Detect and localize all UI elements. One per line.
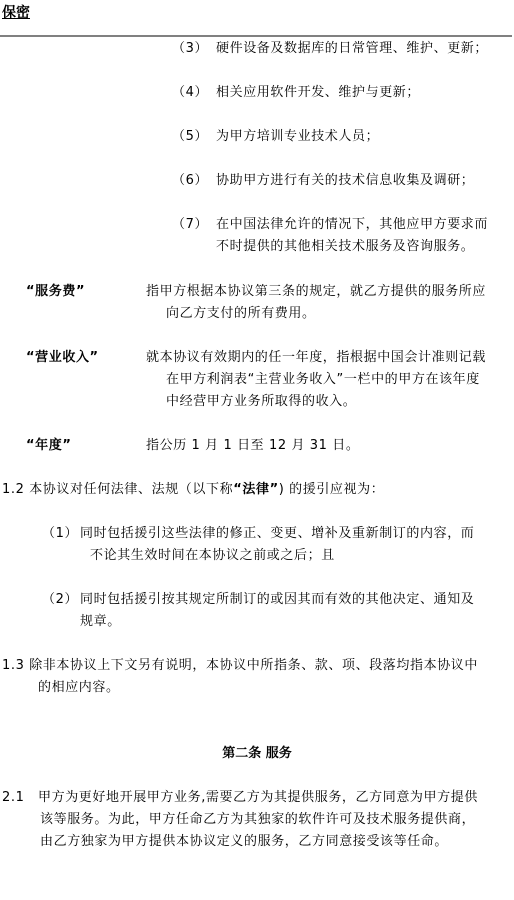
definition-text: 就本协议有效期内的任一年度，指根据中国会计准则记载 xyxy=(146,350,486,366)
definition-text: 指甲方根据本协议第三条的规定，就乙方提供的服务所应 xyxy=(146,284,486,300)
item-text: 不论其生效时间在本协议之前或之后；且 xyxy=(90,548,335,564)
item-number: （6） xyxy=(172,173,208,189)
definition-text: 向乙方支付的所有费用。 xyxy=(166,306,316,322)
definition-term: “年度” xyxy=(26,438,72,454)
clause-text-prefix: 1.2 本协议对任何法律、法规（以下称 xyxy=(2,482,233,497)
item-text: 相关应用软件开发、维护与更新； xyxy=(216,85,420,101)
item-text: 硬件设备及数据库的日常管理、维护、更新； xyxy=(216,41,488,57)
item-number: （4） xyxy=(172,85,208,101)
item-text: 在中国法律允许的情况下，其他应甲方要求而 xyxy=(216,217,488,233)
clause-text: 1.3 除非本协议上下文另有说明，本协议中所指条、款、项、段落均指本协议中 xyxy=(2,658,478,674)
confidential-header: 保密 xyxy=(2,4,30,22)
header-divider xyxy=(0,35,512,37)
item-number: （1） xyxy=(42,526,78,542)
item-number: （3） xyxy=(172,41,208,57)
definition-term: “服务费” xyxy=(26,284,85,300)
clause-defined-term: “法律” xyxy=(233,482,279,497)
item-number: （5） xyxy=(172,129,208,145)
item-text: 不时提供的其他相关技术服务及咨询服务。 xyxy=(216,239,474,255)
item-text: 同时包括援引按其规定所制订的或因其而有效的其他决定、通知及 xyxy=(80,592,474,608)
definition-text: 在甲方利润表“主营业务收入”一栏中的甲方在该年度 xyxy=(166,372,480,388)
clause-text: 由乙方独家为甲方提供本协议定义的服务，乙方同意接受该等任命。 xyxy=(40,834,448,850)
clause-text: 的相应内容。 xyxy=(38,680,120,696)
item-number: （7） xyxy=(172,217,208,233)
item-number: （2） xyxy=(42,592,78,608)
item-text: 规章。 xyxy=(80,614,121,630)
definition-text: 指公历 1 月 1 日至 12 月 31 日。 xyxy=(146,438,360,454)
clause-text-suffix: ) 的援引应视为： xyxy=(279,482,385,497)
clause-number: 2.1 xyxy=(2,790,24,806)
section-heading: 第二条 服务 xyxy=(0,746,514,762)
definition-text: 中经营甲方业务所取得的收入。 xyxy=(166,394,356,410)
clause-text: 该等服务。为此，甲方任命乙方为其独家的软件许可及技术服务提供商， xyxy=(40,812,475,828)
item-text: 同时包括援引这些法律的修正、变更、增补及重新制订的内容，而 xyxy=(80,526,474,542)
item-text: 为甲方培训专业技术人员； xyxy=(216,129,379,145)
definition-term: “营业收入” xyxy=(26,350,99,366)
clause-text: 1.2 本协议对任何法律、法规（以下称“法律”) 的援引应视为： xyxy=(2,482,384,498)
clause-text: 甲方为更好地开展甲方业务,需要乙方为其提供服务，乙方同意为甲方提供 xyxy=(38,790,478,806)
item-text: 协助甲方进行有关的技术信息收集及调研； xyxy=(216,173,474,189)
